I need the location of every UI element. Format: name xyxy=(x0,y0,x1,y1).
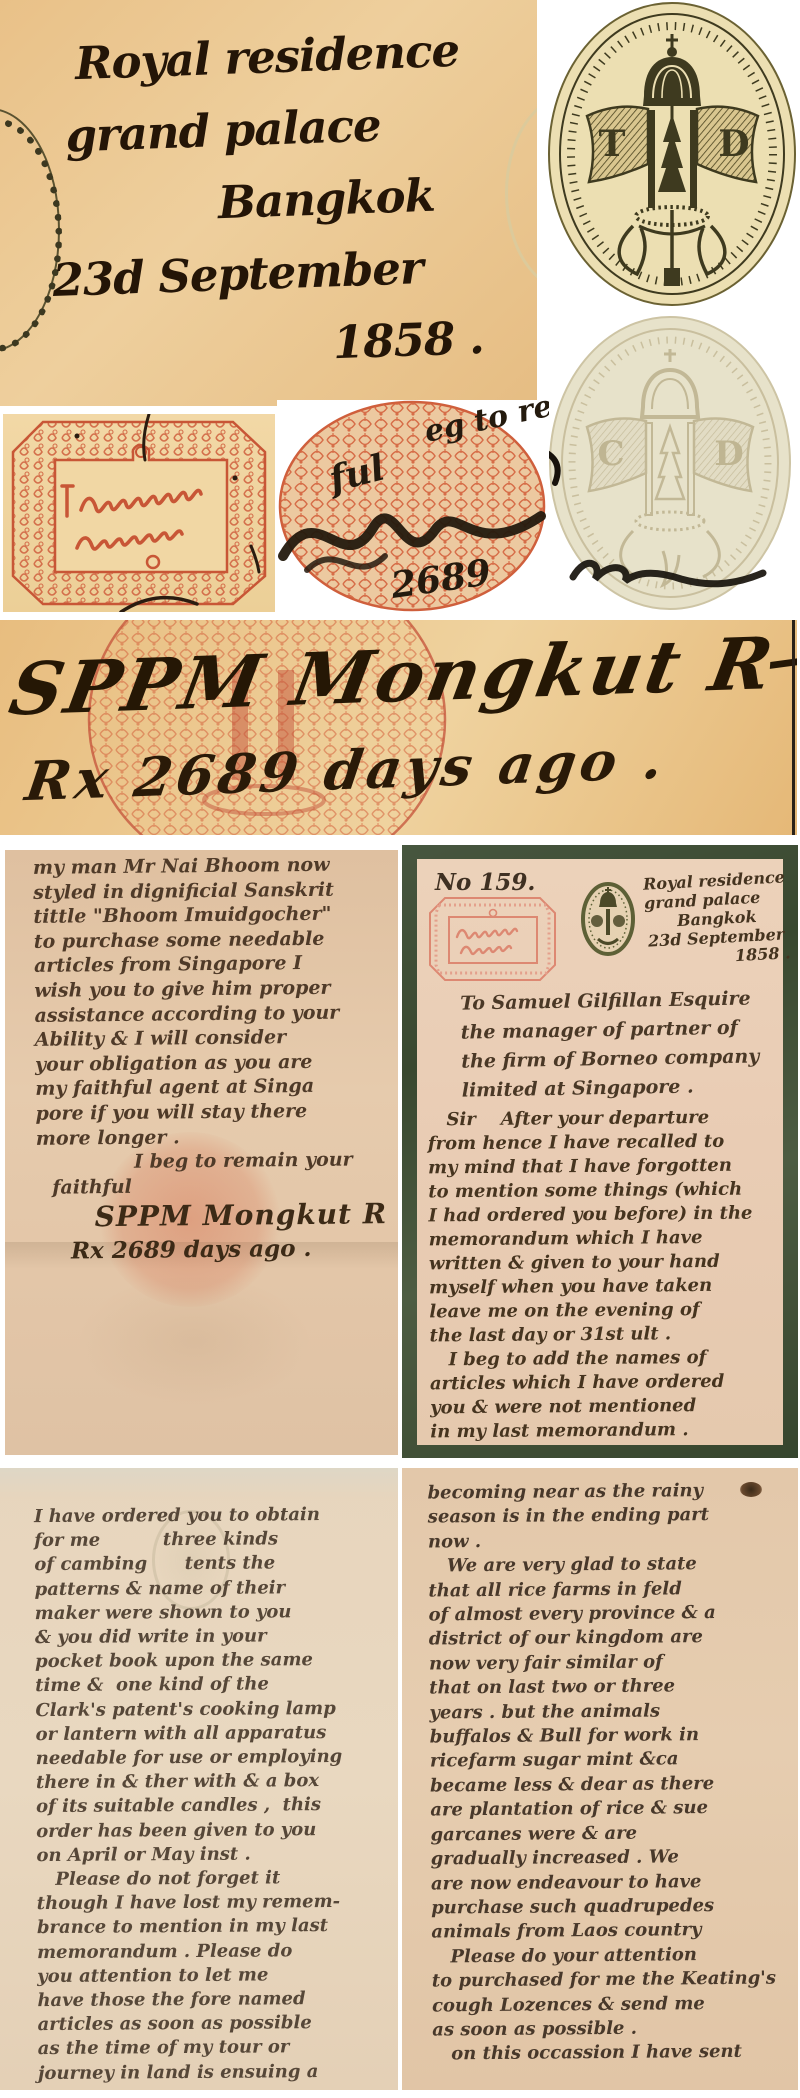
handwriting-line: 1858 . xyxy=(734,943,791,965)
letter2-paper: No 159. Royal residencegrand palaceBangk xyxy=(417,859,783,1445)
handwriting-line: tittle "Bhoom Imuidgocher" xyxy=(33,901,384,929)
seal-letter-left: C xyxy=(597,434,624,474)
handwriting-line: assistance according to your xyxy=(34,1000,385,1028)
red-stamp-icon xyxy=(3,414,275,612)
letter2-address: To Samuel Gilfillan Esquirethe manager o… xyxy=(460,984,760,1105)
handwriting-line: memorandum which I have xyxy=(429,1226,753,1253)
red-stamp-panel xyxy=(3,414,275,612)
handwriting-line: though I have lost my remem- xyxy=(37,1890,344,1916)
letter-collage: Royal residencegrand palaceBangkok23d Se… xyxy=(0,0,800,2098)
handwriting-line: maker were shown to you xyxy=(35,1600,342,1626)
partial-seal-edge-icon xyxy=(505,95,537,291)
handwriting-line: from hence I have recalled to xyxy=(428,1130,752,1157)
red-stamp-small-icon xyxy=(425,893,560,985)
red-oval-seal-icon: eg to rem ful 2689 xyxy=(277,400,549,612)
handwriting-line: that on last two or three xyxy=(429,1674,773,1701)
handwriting-line: buffalos & Bull for work in xyxy=(430,1723,774,1750)
handwriting-line: years . but the animals xyxy=(429,1698,773,1725)
handwriting-line: faithful xyxy=(52,1172,387,1200)
handwriting-line: purchase such quadrupedes xyxy=(431,1893,775,1920)
handwriting-line: garcanes were & are xyxy=(430,1820,774,1847)
seal-letter-right: D xyxy=(718,123,749,165)
handwriting-line: on April or May inst . xyxy=(36,1842,343,1868)
handwriting-line: of almost every province & a xyxy=(429,1601,773,1628)
letter4-handwriting: becoming near as the rainyseason is in t… xyxy=(427,1479,776,2068)
handwriting-line: animals from Laos country xyxy=(431,1918,775,1945)
handwriting-line: district of our kingdom are xyxy=(429,1625,773,1652)
handwriting-line: order has been given to you xyxy=(36,1818,343,1844)
handwriting-line: I beg to remain your xyxy=(134,1147,387,1174)
address-panel: Royal residencegrand palaceBangkok23d Se… xyxy=(0,0,537,406)
handwriting-line: cough Lozences & send me xyxy=(432,1991,776,2018)
handwriting-line: you & were not mentioned xyxy=(430,1394,754,1421)
paper-stain xyxy=(76,1274,312,1407)
handwriting-line: that all rice farms in feld xyxy=(428,1576,772,1603)
handwriting-line: styled in dignificial Sanskrit xyxy=(33,877,384,905)
handwriting-line: Royal residence xyxy=(74,14,475,100)
handwriting-line: your obligation as you are xyxy=(35,1049,386,1077)
handwriting-line: time & one kind of the xyxy=(35,1672,342,1698)
letter-page-3: I have ordered you to obtainfor me three… xyxy=(0,1468,398,2090)
handwriting-line: there in & ther with & a box xyxy=(36,1769,343,1795)
handwriting-line: articles as soon as possible xyxy=(38,2011,345,2037)
handwriting-line: Ability & I will consider xyxy=(35,1024,386,1052)
handwriting-line: I have ordered you to obtain xyxy=(34,1503,341,1529)
handwriting-line: to purchased for me the Keating's xyxy=(432,1967,776,1994)
handwriting-line: the last day or 31st ult . xyxy=(429,1322,753,1349)
handwriting-line: I beg to add the names of xyxy=(430,1346,754,1373)
letter-page-1: my man Mr Nai Bhoom nowstyled in dignifi… xyxy=(5,850,398,1455)
handwriting-line: as soon as possible . xyxy=(432,2015,776,2042)
letter3-handwriting: I have ordered you to obtainfor me three… xyxy=(34,1503,345,2086)
handwriting-line: ricefarm sugar mint &ca xyxy=(430,1747,774,1774)
handwriting-line: of cambing tents the xyxy=(34,1551,341,1577)
handwriting-line: patterns & name of their xyxy=(34,1576,341,1602)
signature-fragment-panel: eg to rem ful 2689 xyxy=(277,400,549,612)
handwriting-line: needable for use or employing xyxy=(36,1745,343,1771)
handwriting-line: now . xyxy=(428,1527,772,1554)
handwriting-line: journey in land is ensuing a xyxy=(38,2060,345,2086)
handwriting-line: Bangkok xyxy=(217,158,480,239)
handwriting-line: for me three kinds xyxy=(34,1527,341,1553)
seal-letter-left: T xyxy=(599,123,626,165)
handwriting-line: on this occassion I have sent xyxy=(432,2040,776,2067)
letter-page-4: becoming near as the rainyseason is in t… xyxy=(402,1468,798,2090)
handwriting-line: or lantern with all apparatus xyxy=(35,1721,342,1747)
handwriting-line: Please do not forget it xyxy=(37,1866,344,1892)
handwriting-line: my mind that I have forgotten xyxy=(428,1154,752,1181)
handwriting-line: leave me on the evening of xyxy=(429,1298,753,1325)
handwriting-line: We are very glad to state xyxy=(428,1552,772,1579)
handwriting-line: season is in the ending part xyxy=(428,1503,772,1530)
handwriting-line: limited at Singapore . xyxy=(462,1071,760,1105)
letter-number: No 159. xyxy=(435,869,535,896)
handwriting-line: I had ordered you before) in the xyxy=(428,1202,752,1229)
embossed-seal-icon: C D xyxy=(545,315,795,612)
handwriting-line: you attention to let me xyxy=(37,1963,344,1989)
handwriting-line: becoming near as the rainy xyxy=(427,1479,771,1506)
handwriting-line: my faithful agent at Singa xyxy=(35,1074,386,1102)
scan-edge-line xyxy=(792,620,795,835)
paper-edge-strip xyxy=(0,1468,398,1498)
handwriting-line: in my last memorandum . xyxy=(430,1418,754,1445)
handwriting-line: to mention some things (which xyxy=(428,1178,752,1205)
letter2-body: Sir After your departurefrom hence I hav… xyxy=(428,1106,755,1445)
handwriting-line: 1858 . xyxy=(332,302,485,379)
handwriting-line: & you did write in your xyxy=(35,1624,342,1650)
handwriting-line: brance to mention in my last xyxy=(37,1914,344,1940)
letter2-dateline: Royal residencegrand palaceBangkok23d Se… xyxy=(643,867,791,969)
handwriting-line: memorandum . Please do xyxy=(37,1939,344,1965)
handwriting-line: are plantation of rice & sue xyxy=(430,1796,774,1823)
handwriting-line: have those the fore named xyxy=(37,1987,344,2013)
handwriting-line: Clark's patent's cooking lamp xyxy=(35,1697,342,1723)
handwriting-line: more longer . xyxy=(36,1123,387,1151)
handwriting-line: now very fair similar of xyxy=(429,1649,773,1676)
signature-strip: SPPM Mongkut R Rx 2689 days ago . xyxy=(0,620,797,835)
handwriting-line: Please do your attention xyxy=(431,1942,775,1969)
seal-letter-right: D xyxy=(714,434,743,474)
handwriting-line: myself when you have taken xyxy=(429,1274,753,1301)
handwriting-line: Sir After your departure xyxy=(428,1106,752,1133)
handwriting-line: to purchase some needable xyxy=(34,926,385,954)
letter1-handwriting: my man Mr Nai Bhoom nowstyled in dignifi… xyxy=(33,852,388,1268)
handwriting-line: are now endeavour to have xyxy=(431,1869,775,1896)
handwriting-line: as the time of my tour or xyxy=(38,2035,345,2061)
handwriting-line: became less & dear as there xyxy=(430,1771,774,1798)
handwriting-line: written & given to your hand xyxy=(429,1250,753,1277)
handwriting-line: Rx 2689 days ago . xyxy=(71,1232,388,1267)
crowned-pagoda-seal-icon: T D xyxy=(545,0,800,310)
handwriting-line: articles from Singapore I xyxy=(34,951,385,979)
handwriting-line: articles which I have ordered xyxy=(430,1370,754,1397)
handwriting-line: wish you to give him proper xyxy=(34,975,385,1003)
royal-seal-dark: T D xyxy=(545,0,800,310)
royal-seal-embossed: C D xyxy=(545,315,795,612)
handwriting-line: the firm of Borneo company xyxy=(461,1042,759,1076)
crowned-emblem-icon xyxy=(580,881,636,957)
handwriting-line: pocket book upon the same xyxy=(35,1648,342,1674)
address-handwriting: Royal residencegrand palaceBangkok23d Se… xyxy=(22,14,485,390)
letter-page-2-green-framed: No 159. Royal residencegrand palaceBangk xyxy=(402,845,798,1458)
handwriting-line: SPPM Mongkut R xyxy=(94,1196,387,1235)
handwriting-line: gradually increased . We xyxy=(431,1845,775,1872)
handwriting-line: of its suitable candles , this xyxy=(36,1793,343,1819)
handwriting-line: pore if you will stay there xyxy=(35,1098,386,1126)
handwriting-line: my man Mr Nai Bhoom now xyxy=(33,852,384,880)
